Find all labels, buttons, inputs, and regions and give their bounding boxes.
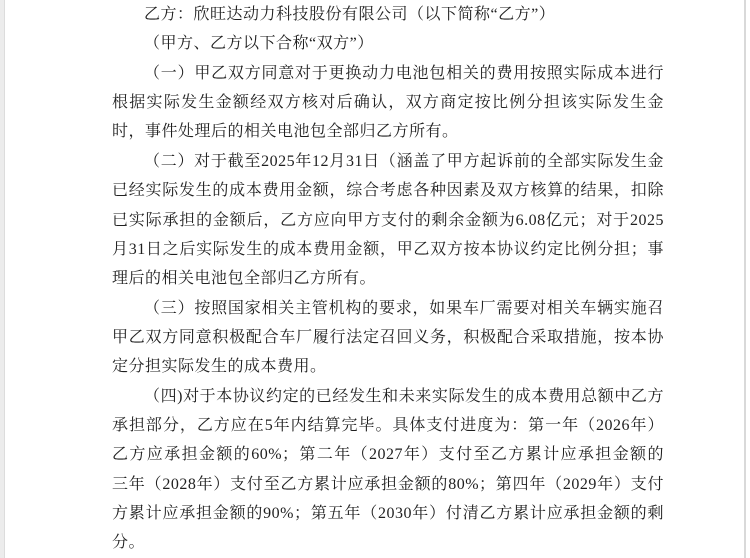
text-line: 分。 [112, 528, 664, 557]
text-line: 三年（2028年）支付至乙方累计应承担金额的80%；第四年（2029年）支付至乙 [112, 470, 664, 499]
text-line: 定分担实际发生的成本费用。 [112, 352, 664, 381]
text-line: 方累计应承担金额的90%；第五年（2030年）付清乙方累计应承担金额的剩余部 [112, 499, 664, 528]
text-line: （甲方、乙方以下合称“双方”） [112, 29, 664, 58]
text-line: （二）对于截至2025年12月31日（涵盖了甲方起诉前的全部实际发生金额） [112, 147, 664, 176]
document-page: 乙方：欣旺达动力科技股份有限公司（以下简称“乙方”）（甲方、乙方以下合称“双方”… [0, 0, 750, 558]
text-line: 已经实际发生的成本费用金额，综合考虑各种因素及双方核算的结果，扣除乙方 [112, 176, 664, 205]
text-line: 根据实际发生金额经双方核对后确认，双方商定按比例分担该实际发生金额，同 [112, 88, 664, 117]
page-right-edge [744, 0, 746, 558]
text-line: 月31日之后实际发生的成本费用金额，甲乙双方按本协议约定比例分担；事件处 [112, 235, 664, 264]
text-line: （三）按照国家相关主管机构的要求，如果车厂需要对相关车辆实施召回， [112, 294, 664, 323]
page-left-edge [0, 0, 5, 558]
text-line: 理后的相关电池包全部归乙方所有。 [112, 264, 664, 293]
text-line: 已实际承担的金额后，乙方应向甲方支付的剩余金额为6.08亿元；对于2025年12 [112, 206, 664, 235]
text-line: 承担部分，乙方应在5年内结算完毕。具体支付进度为：第一年（2026年）支付 [112, 411, 664, 440]
text-line: （四)对于本协议约定的已经发生和未来实际发生的成本费用总额中乙方应 [112, 382, 664, 411]
document-lines: 乙方：欣旺达动力科技股份有限公司（以下简称“乙方”）（甲方、乙方以下合称“双方”… [112, 0, 664, 558]
text-line: 时，事件处理后的相关电池包全部归乙方所有。 [112, 117, 664, 146]
text-line: 甲乙双方同意积极配合车厂履行法定召回义务，积极配合采取措施，按本协议约 [112, 323, 664, 352]
text-line: （一）甲乙双方同意对于更换动力电池包相关的费用按照实际成本进行认定， [112, 59, 664, 88]
text-line: 乙方应承担金额的60%；第二年（2027年）支付至乙方累计应承担金额的70%；第 [112, 440, 664, 469]
text-line: 乙方：欣旺达动力科技股份有限公司（以下简称“乙方”） [112, 0, 664, 29]
